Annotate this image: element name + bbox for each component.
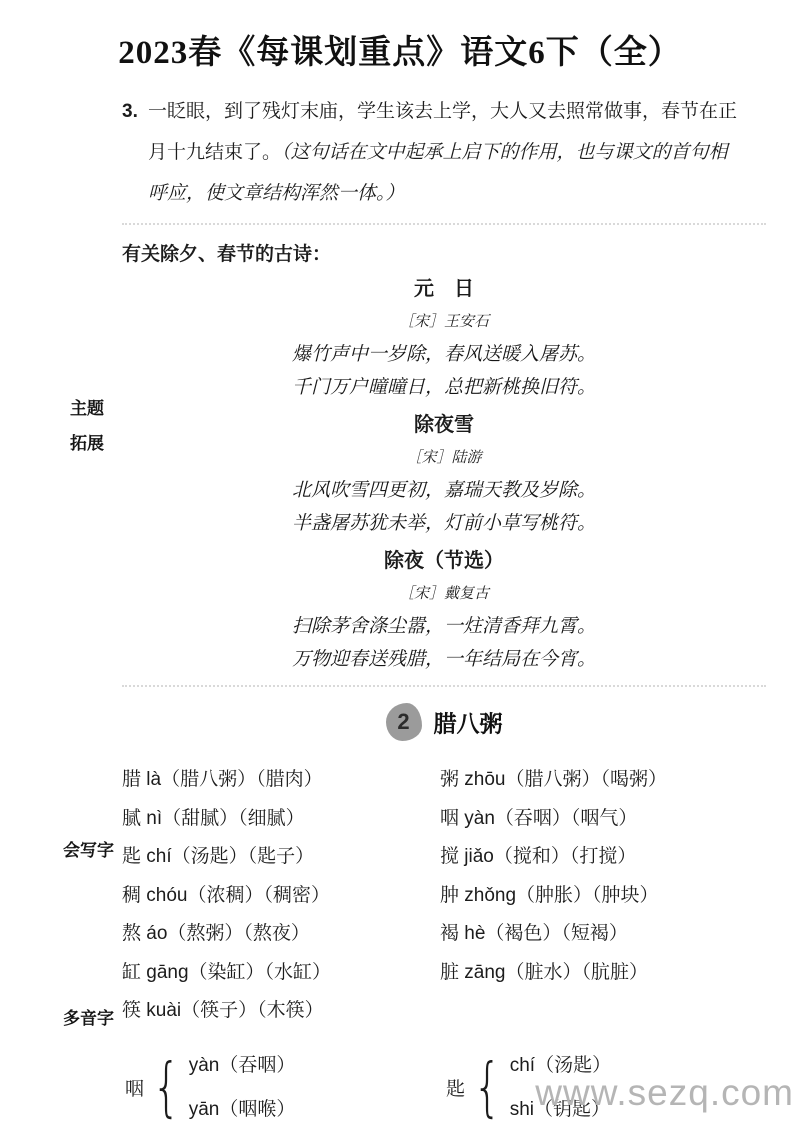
write-words-table: 腊 là（腊八粥）（腊肉） 腻 nì（甜腻）（细腻） 匙 chí（汤匙）（匙子）… [122, 761, 766, 1031]
polyphone-char: 咽 [125, 1074, 144, 1101]
polyphone-char: 匙 [446, 1074, 465, 1101]
word-entry: 筷 kuài（筷子）（木筷） [122, 992, 440, 1031]
page-title: 2023春《每课划重点》语文6下（全） [0, 26, 800, 73]
write-words-left-column: 腊 là（腊八粥）（腊肉） 腻 nì（甜腻）（细腻） 匙 chí（汤匙）（匙子）… [122, 761, 440, 1031]
poem-line: 北风吹雪四更初，嘉瑞天教及岁除。 [122, 474, 766, 507]
numbered-note: 3. 一眨眼，到了残灯末庙，学生该去上学，大人又去照常做事，春节在正月十九结束了… [122, 91, 766, 214]
word-entry: 咽 yàn（吞咽）（咽气） [440, 800, 766, 839]
brace-glyph: { [473, 1043, 502, 1131]
poem-line: 万物迎春送残腊，一年结局在今宵。 [122, 643, 766, 676]
polyphone-reading: yàn（吞咽） [189, 1044, 296, 1088]
brace-glyph: { [152, 1043, 181, 1131]
sidebar-label-theme-line1: 主题 [70, 394, 104, 419]
word-entry: 脏 zāng（脏水）（肮脏） [440, 954, 766, 993]
word-entry: 粥 zhōu（腊八粥）（喝粥） [440, 761, 766, 800]
poem-line: 千门万户曈曈日，总把新桃换旧符。 [122, 371, 766, 404]
note-number: 3. [122, 91, 148, 214]
word-entry: 褐 hè（褐色）（短褐） [440, 915, 766, 954]
word-entry: 腊 là（腊八粥）（腊肉） [122, 761, 440, 800]
polyphone-reading: yān（咽喉） [189, 1088, 296, 1131]
word-entry: 腻 nì（甜腻）（细腻） [122, 800, 440, 839]
main-content: 3. 一眨眼，到了残灯末庙，学生该去上学，大人又去照常做事，春节在正月十九结束了… [122, 91, 766, 1131]
sidebar-label-polyphone: 多音字 [63, 1004, 114, 1029]
lesson-header: 2腊八粥 [122, 703, 766, 747]
word-entry: 熬 áo（熬粥）（熬夜） [122, 915, 440, 954]
poem-author: ［宋］陆游 [122, 442, 766, 474]
word-entry: 搅 jiǎo（搅和）（打搅） [440, 838, 766, 877]
poem-title: 元 日 [122, 273, 766, 306]
poems-section-heading: 有关除夕、春节的古诗： [122, 242, 766, 268]
document-page: 2023春《每课划重点》语文6下（全） 3. 一眨眼，到了残灯末庙，学生该去上学… [0, 0, 800, 1131]
sidebar-label-write-words: 会写字 [63, 836, 114, 861]
poem-line: 爆竹声中一岁除，春风送暖入屠苏。 [122, 338, 766, 371]
poem-author: ［宋］王安石 [122, 306, 766, 338]
word-entry: 稠 chóu（浓稠）（稠密） [122, 877, 440, 916]
word-entry: 匙 chí（汤匙）（匙子） [122, 838, 440, 877]
poem-line: 半盏屠苏犹未举，灯前小草写桃符。 [122, 507, 766, 540]
poem-title: 除夜（节选） [122, 545, 766, 578]
word-entry: 肿 zhǒng（肿胀）（肿块） [440, 877, 766, 916]
poem-line: 扫除茅舍涤尘嚣，一炷清香拜九霄。 [122, 610, 766, 643]
note-text-block: 一眨眼，到了残灯末庙，学生该去上学，大人又去照常做事，春节在正月十九结束了。（这… [148, 91, 740, 214]
poems-block: 元 日 ［宋］王安石 爆竹声中一岁除，春风送暖入屠苏。 千门万户曈曈日，总把新桃… [122, 273, 766, 676]
watermark-text: www.sezq.com [535, 1072, 794, 1114]
poem-author: ［宋］戴复古 [122, 578, 766, 610]
polyphone-group-yan: 咽 { yàn（吞咽） yān（咽喉） [122, 1043, 442, 1131]
polyphone-readings: yàn（吞咽） yān（咽喉） [189, 1044, 296, 1131]
word-entry: 缸 gāng（染缸）（水缸） [122, 954, 440, 993]
poem-chuyexue: 除夜雪 ［宋］陆游 北风吹雪四更初，嘉瑞天教及岁除。 半盏屠苏犹未举，灯前小草写… [122, 409, 766, 540]
lesson-number-badge: 2 [386, 703, 422, 741]
sidebar-label-theme-line2: 拓展 [70, 429, 104, 454]
poem-chuye: 除夜（节选） ［宋］戴复古 扫除茅舍涤尘嚣，一炷清香拜九霄。 万物迎春送残腊，一… [122, 545, 766, 676]
dotted-divider-bottom [122, 685, 766, 687]
lesson-title: 腊八粥 [434, 711, 503, 737]
poem-title: 除夜雪 [122, 409, 766, 442]
write-words-right-column: 粥 zhōu（腊八粥）（喝粥） 咽 yàn（吞咽）（咽气） 搅 jiǎo（搅和）… [440, 761, 766, 1031]
dotted-divider-top [122, 223, 766, 225]
poem-yuanri: 元 日 ［宋］王安石 爆竹声中一岁除，春风送暖入屠苏。 千门万户曈曈日，总把新桃… [122, 273, 766, 404]
